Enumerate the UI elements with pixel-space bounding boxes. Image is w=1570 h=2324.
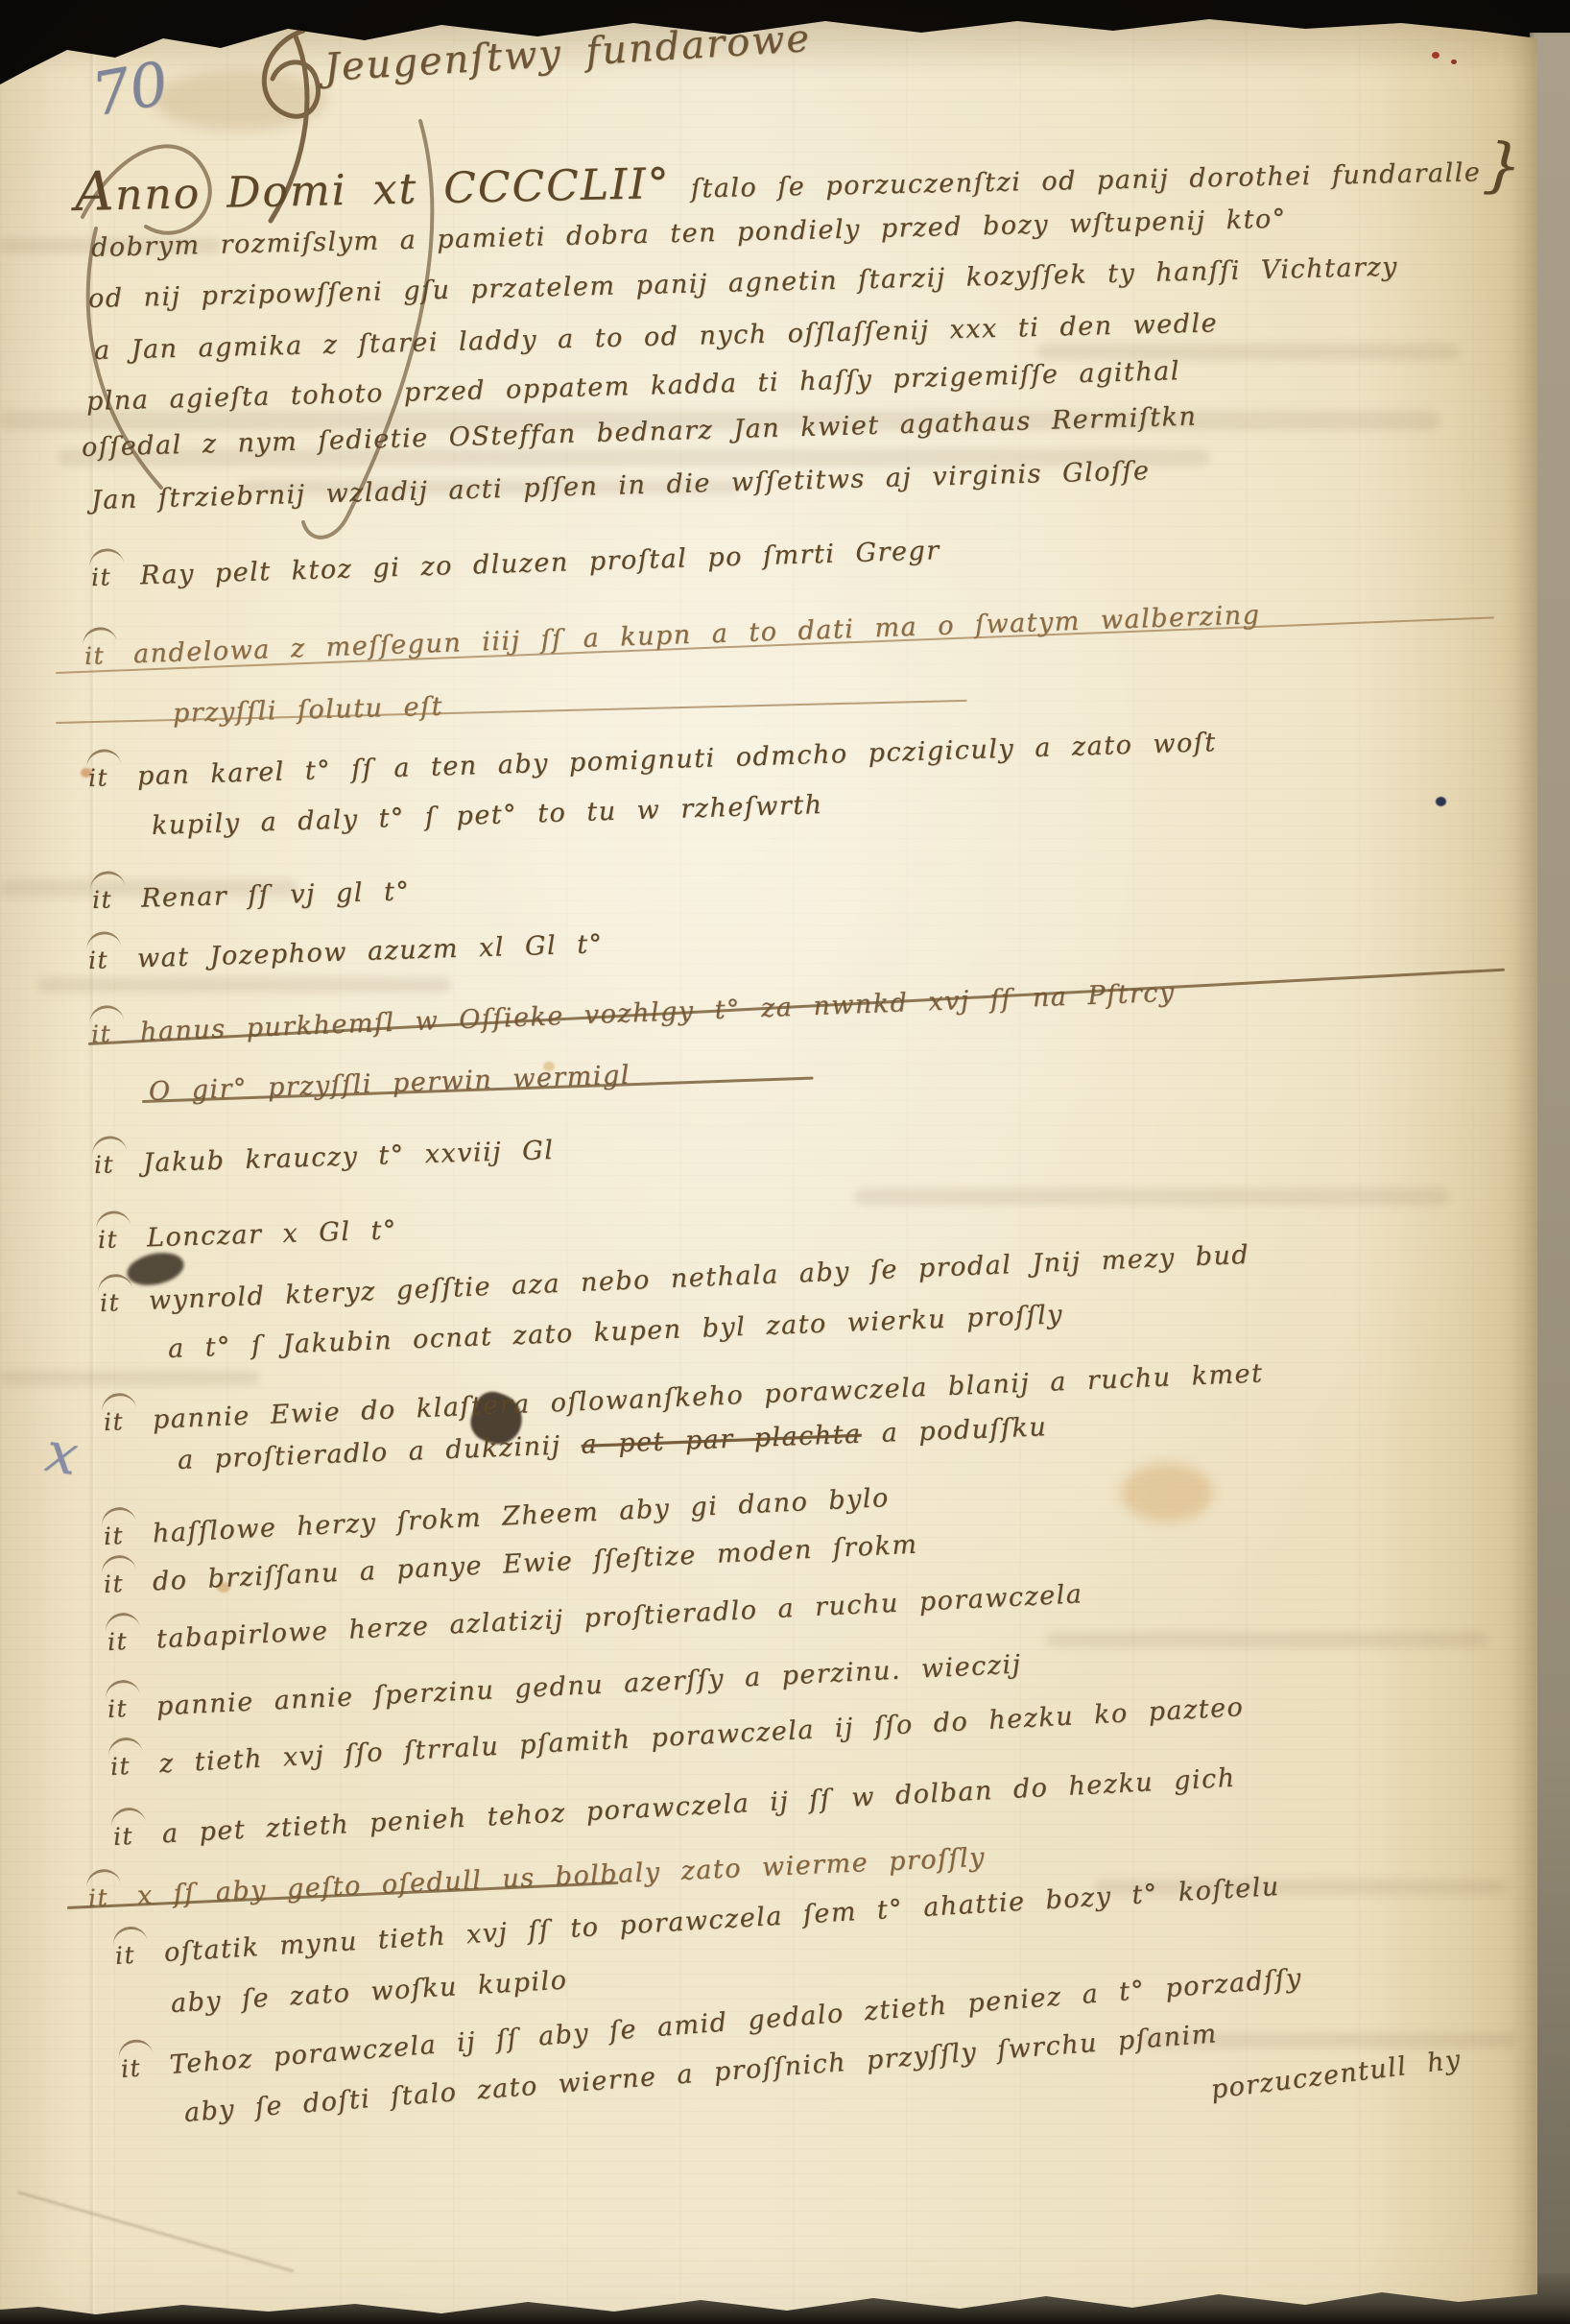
item-marker: it <box>107 1627 128 1656</box>
paragraph-line-3: od nij przipowſſeni gſu przatelem panij … <box>88 252 1399 314</box>
text-segment: od nij przipowſſeni gſu przatelem panij … <box>88 252 1399 314</box>
item-marker: it <box>112 1822 134 1851</box>
text-segment: ſtalo ſe porzuczenſtzi od panij dorothei… <box>671 157 1482 204</box>
ink-speck <box>1436 797 1446 806</box>
item-line: itwynrold kteryz geſſtie aza nebo nethal… <box>99 1240 1249 1318</box>
item-marker: it <box>107 1694 128 1723</box>
item-line: itpan karel t° ſſ a ten aby pomignuti od… <box>88 728 1218 793</box>
paragraph-line-4: a Jan agmika z ſtarei laddy a to od nych… <box>94 308 1219 366</box>
red-speck <box>1451 60 1457 64</box>
item-marker: it <box>98 1225 119 1254</box>
item-marker: it <box>120 2053 142 2083</box>
manuscript-photo: 70 Jeugenſtwy fundarowe x Anno Domi xt C… <box>0 0 1570 2324</box>
item-marker: it <box>109 1752 131 1781</box>
item-marker: it <box>103 1569 124 1598</box>
ink-blot <box>124 1248 186 1290</box>
item-marker: it <box>88 763 109 792</box>
text-segment: A <box>74 160 115 224</box>
red-speck <box>1432 52 1439 59</box>
text-segment: andelowa z meſſegun iiij ſſ a kupn a to … <box>132 600 1260 669</box>
item-marker: it <box>88 946 109 974</box>
closing-brace: } <box>1481 129 1525 202</box>
item-marker: it <box>91 563 112 591</box>
cancellation-stroke <box>88 969 1505 1045</box>
bleed-through <box>0 1371 259 1385</box>
stain <box>154 69 326 131</box>
page-title: Jeugenſtwy fundarowe <box>323 16 813 90</box>
folio-number: 70 <box>86 48 173 131</box>
item-wrap: kupily a daly t° ſ pet° to tu w rzheſwrt… <box>152 790 823 841</box>
item-marker: it <box>94 1150 115 1179</box>
stain <box>1121 1463 1213 1522</box>
item-wrap-struck: przyſſli ſolutu eſt <box>173 692 444 729</box>
text-segment: Lonczar x Gl t° <box>147 1215 398 1253</box>
text-segment: a pet par plachta <box>581 1420 862 1460</box>
text-segment: pannie Ewie do klaſtera oſlowanſkeho por… <box>152 1358 1264 1434</box>
bleed-through <box>854 1188 1449 1205</box>
text-segment: tabapirlowe herze azlatizij proſtieradlo… <box>155 1579 1083 1654</box>
item-line-struck: itandelowa z meſſegun iiij ſſ a kupn a t… <box>83 600 1260 671</box>
text-segment: kupily a daly t° ſ pet° to tu w rzheſwrt… <box>152 790 823 841</box>
item-line: itJakub krauczy t° xxviij Gl <box>94 1136 555 1180</box>
text-segment: przyſſli ſolutu eſt <box>173 692 444 729</box>
text-segment: aby ſe zato woſku kupilo <box>170 1965 568 2019</box>
item-line: itwat Jozephow azuzm xl Gl t° <box>88 929 605 975</box>
item-marker: it <box>99 1288 120 1317</box>
text-segment: a poduſſku <box>861 1412 1048 1449</box>
manuscript-page: 70 Jeugenſtwy fundarowe x Anno Domi xt C… <box>0 0 1537 2324</box>
item-fragment: porzuczentull hy <box>1209 2045 1463 2105</box>
item-line: itRay pelt ktoz gi zo dluzen proſtal po … <box>91 536 941 592</box>
bleed-through <box>1046 1632 1487 1647</box>
item-line: itRenar ſſ vj gl t° <box>92 876 411 915</box>
item-marker: it <box>114 1941 136 1970</box>
text-segment: a Jan agmika z ſtarei laddy a to od nych… <box>94 308 1219 366</box>
paragraph-line-7: Jan ſtrziebrnij wzladij acti pſſen in di… <box>91 456 1151 515</box>
text-segment: Jakub krauczy t° xxviij Gl <box>143 1136 555 1178</box>
item-line: ita pet ztieth penieh tehoz porawczela i… <box>112 1763 1236 1852</box>
item-marker: it <box>103 1521 124 1550</box>
text-segment: Ray pelt ktoz gi zo dluzen proſtal po ſm… <box>140 536 941 590</box>
item-wrap: aby ſe zato woſku kupilo <box>170 1965 568 2019</box>
item-marker: it <box>83 641 105 670</box>
text-segment: a pet ztieth penieh tehoz porawczela ij … <box>161 1763 1236 1850</box>
text-segment: wynrold kteryz geſſtie aza nebo nethala … <box>148 1240 1249 1316</box>
item-marker: it <box>103 1407 124 1436</box>
text-segment: } <box>1481 129 1525 202</box>
text-segment: Renar ſſ vj gl t° <box>141 876 411 913</box>
text-segment: porzuczentull hy <box>1209 2045 1463 2105</box>
text-segment: a proſtieradlo a dukzinij <box>177 1430 582 1475</box>
margin-cross-mark: x <box>41 1419 83 1488</box>
text-segment: pan karel t° ſſ a ten aby pomignuti odmc… <box>137 728 1217 791</box>
item-line: itLonczar x Gl t° <box>98 1215 398 1255</box>
text-segment: wat Jozephow azuzm xl Gl t° <box>137 929 604 973</box>
bottom-left-crease <box>17 2191 295 2273</box>
text-segment: nno Domi xt CCCCLII° <box>114 159 671 220</box>
bleed-through <box>1036 344 1459 360</box>
text-segment: Jan ſtrziebrnij wzladij acti pſſen in di… <box>91 456 1151 515</box>
item-marker: it <box>92 885 113 914</box>
bleed-through <box>38 977 451 993</box>
